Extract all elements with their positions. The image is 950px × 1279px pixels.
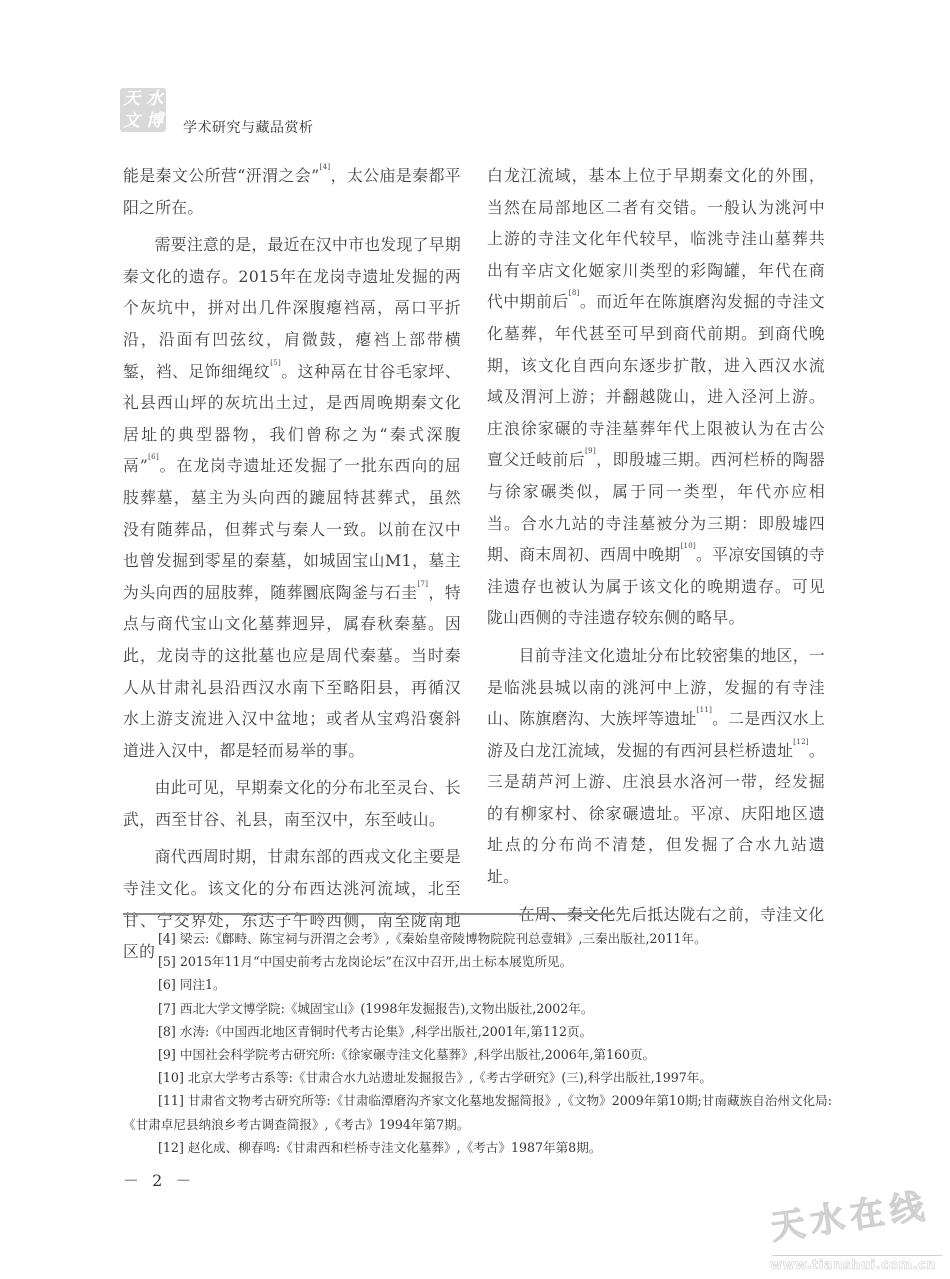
logo-char: 文	[120, 110, 143, 132]
footnote-number: [6]	[158, 977, 180, 992]
footnotes: [4] 梁云:《鄜畤、陈宝祠与汧渭之会考》,《秦始皇帝陵博物院院刊总壹辑》,三秦…	[123, 927, 833, 1159]
footnote-text: 中国社会科学院考古研究所:《徐家碾寺洼文化墓葬》,科学出版社,2006年,第16…	[180, 1047, 655, 1062]
page-number: － 2 －	[123, 1168, 195, 1191]
footnote-ref[interactable]: [4]	[320, 163, 331, 171]
body-paragraph: 能是秦文公所营“汧渭之会”[4]，太公庙是秦都平阳之所在。	[123, 160, 461, 223]
footnote-ref[interactable]: [11]	[697, 706, 713, 714]
footnote-number: [10]	[158, 1070, 188, 1085]
footnote-ref[interactable]: [8]	[569, 289, 580, 297]
footnote-item: [12] 赵化成、柳春鸣:《甘肃西和栏桥寺洼文化墓葬》,《考古》1987年第8期…	[123, 1136, 833, 1159]
paragraph-text: 需要注意的是，最近在汉中市也发现了早期秦文化的遗存。2015年在龙岗寺遗址发掘的…	[123, 235, 461, 380]
footnote-number: [12]	[158, 1140, 188, 1155]
footnote-ref[interactable]: [10]	[680, 542, 696, 550]
logo-char: 水	[143, 88, 166, 110]
footnote-item: [9] 中国社会科学院考古研究所:《徐家碾寺洼文化墓葬》,科学出版社,2006年…	[123, 1043, 833, 1066]
footnote-text: 北京大学考古系等:《甘肃合水九站遗址发掘报告》,《考古学研究》(三),科学出版社…	[188, 1070, 712, 1085]
footnote-number: [5]	[158, 954, 180, 969]
watermark-url: www.tianshui.com.cn	[770, 1258, 950, 1273]
paragraph-text: ，特点与商代宝山文化墓葬迥异，属春秋秦墓。因此，龙岗寺的这批墓也应是周代秦墓。当…	[123, 583, 461, 760]
paragraph-text: 能是秦文公所营“汧渭之会”	[123, 166, 320, 185]
footnote-ref[interactable]: [9]	[585, 447, 596, 455]
watermark: 天水在线 www.tianshui.com.cn	[770, 1200, 950, 1279]
footnote-text: 2015年11月“中国史前考古龙岗论坛”在汉中召开,出土标本展览所见。	[180, 954, 572, 969]
footnote-item: [6] 同注1。	[123, 973, 833, 996]
footnote-number: [11]	[158, 1093, 188, 1108]
logo-char: 博	[143, 110, 166, 132]
paragraph-text: 由此可见，早期秦文化的分布北至灵台、长武，西至甘谷、礼县，南至汉中，东至岐山。	[123, 778, 461, 829]
footnote-item: [4] 梁云:《鄜畤、陈宝祠与汧渭之会考》,《秦始皇帝陵博物院院刊总壹辑》,三秦…	[123, 927, 833, 950]
footnote-item: [5] 2015年11月“中国史前考古龙岗论坛”在汉中召开,出土标本展览所见。	[123, 950, 833, 973]
footnote-text: 水涛:《中国西北地区青铜时代考古论集》,科学出版社,2001年,第112页。	[180, 1024, 592, 1039]
watermark-rule	[772, 1255, 942, 1256]
section-title: 学术研究与藏品赏析	[183, 117, 314, 137]
footnote-text: 西北大学文博学院:《城固宝山》(1998年发掘报告),文物出版社,2002年。	[180, 1001, 594, 1016]
footnote-number: [8]	[158, 1024, 180, 1039]
paragraph-text: 。而近年在陈旗磨沟发掘的寺洼文化墓葬，年代甚至可早到商代前期。到商代晚期，该文化…	[487, 292, 825, 469]
footnote-number: [7]	[158, 1001, 180, 1016]
footnote-ref[interactable]: [12]	[793, 738, 809, 746]
footnote-text: 梁云:《鄜畤、陈宝祠与汧渭之会考》,《秦始皇帝陵博物院院刊总壹辑》,三秦出版社,…	[180, 931, 707, 946]
paragraph-text: 。在龙岗寺遗址还发掘了一批东西向的屈肢葬墓，墓主为头向西的蹗屈特甚葬式，虽然没有…	[123, 456, 461, 601]
footnote-ref[interactable]: [6]	[148, 453, 159, 461]
footnote-item: [8] 水涛:《中国西北地区青铜时代考古论集》,科学出版社,2001年,第112…	[123, 1020, 833, 1043]
paragraph-text: 。三是葫芦河上游、庄浪县水洛河一带，经发掘的有柳家村、徐家碾遗址。平凉、庆阳地区…	[487, 741, 825, 886]
logo-char: 天	[120, 88, 143, 110]
paragraph-text: 白龙江流域，基本上位于早期秦文化的外围，当然在局部地区二者有交错。一般认为洮河中…	[487, 166, 825, 311]
footnote-item: [11] 甘肃省文物考古研究所等:《甘肃临潭磨沟齐家文化墓地发掘简报》,《文物》…	[123, 1089, 833, 1135]
footnote-ref[interactable]: [7]	[417, 580, 428, 588]
body-paragraph: 需要注意的是，最近在汉中市也发现了早期秦文化的遗存。2015年在龙岗寺遗址发掘的…	[123, 229, 461, 766]
body-paragraph: 由此可见，早期秦文化的分布北至灵台、长武，西至甘谷、礼县，南至汉中，东至岐山。	[123, 772, 461, 835]
right-column: 白龙江流域，基本上位于早期秦文化的外围，当然在局部地区二者有交错。一般认为洮河中…	[487, 160, 825, 930]
journal-logo: 天 水 文 博	[120, 88, 166, 132]
footnote-item: [7] 西北大学文博学院:《城固宝山》(1998年发掘报告),文物出版社,200…	[123, 997, 833, 1020]
watermark-text: 天水在线	[767, 1176, 948, 1249]
footnote-text: 甘肃省文物考古研究所等:《甘肃临潭磨沟齐家文化墓地发掘简报》,《文物》2009年…	[123, 1093, 832, 1131]
footnote-text: 同注1。	[180, 977, 226, 992]
left-column: 能是秦文公所营“汧渭之会”[4]，太公庙是秦都平阳之所在。需要注意的是，最近在汉…	[123, 160, 461, 968]
footnote-number: [4]	[158, 931, 180, 946]
footnote-text: 赵化成、柳春鸣:《甘肃西和栏桥寺洼文化墓葬》,《考古》1987年第8期。	[188, 1140, 602, 1155]
footnote-divider	[123, 913, 615, 915]
footnote-ref[interactable]: [5]	[270, 359, 281, 367]
footnote-number: [9]	[158, 1047, 180, 1062]
body-paragraph: 白龙江流域，基本上位于早期秦文化的外围，当然在局部地区二者有交错。一般认为洮河中…	[487, 160, 825, 634]
footnote-item: [10] 北京大学考古系等:《甘肃合水九站遗址发掘报告》,《考古学研究》(三),…	[123, 1066, 833, 1089]
body-paragraph: 目前寺洼文化遗址分布比较密集的地区，一是临洮县城以南的洮河中上游，发掘的有寺洼山…	[487, 640, 825, 893]
